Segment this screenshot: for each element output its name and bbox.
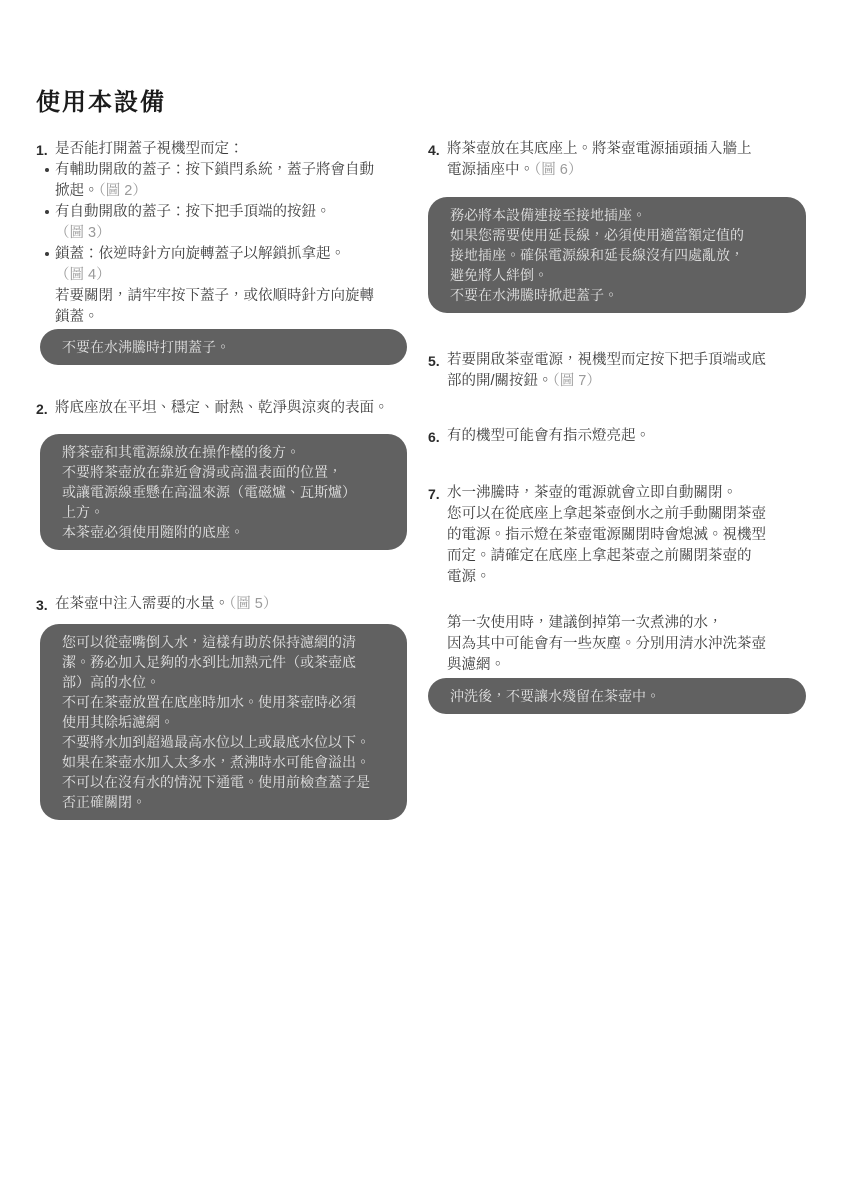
step-7-line: 電源。	[447, 567, 808, 588]
note-line: 否正確關閉。	[62, 792, 385, 812]
note-line: 不要將茶壺放在靠近會滑或高溫表面的位置，	[62, 462, 385, 482]
note-box-filling: 您可以從壺嘴倒入水，這樣有助於保持濾網的清 潔。務必加入足夠的水到比加熱元件（或…	[40, 624, 407, 820]
note-line: 使用其除垢濾網。	[62, 712, 385, 732]
step-6: 6. 有的機型可能會有指示燈亮起。	[428, 426, 808, 448]
note-line: 不要在水沸騰時打開蓋子。	[62, 337, 385, 357]
note-line: 上方。	[62, 502, 385, 522]
note-line: 如果在茶壺水加入太多水，煮沸時水可能會溢出。	[62, 752, 385, 772]
step-6-text: 有的機型可能會有指示燈亮起。	[447, 426, 808, 447]
note-line: 不可以在沒有水的情況下通電。使用前檢查蓋子是	[62, 772, 385, 792]
note-line: 務必將本設備連接至接地插座。	[450, 205, 784, 225]
step-7: 7. 水一沸騰時，茶壺的電源就會立即自動關閉。 您可以在從底座上拿起茶壺倒水之前…	[428, 483, 808, 588]
paragraph-line: 因為其中可能會有一些灰塵。分別用清水沖洗茶壺	[447, 634, 808, 655]
step-3-text-main: 在茶壺中注入需要的水量。	[55, 596, 229, 612]
step-7-line: 的電源。指示燈在茶壺電源關閉時會熄滅。視機型	[447, 525, 808, 546]
note-line: 或讓電源線垂懸在高溫來源（電磁爐、瓦斯爐）	[62, 482, 385, 502]
step-4-line: 電源插座中。（圖 6）	[447, 160, 808, 181]
figure-ref-5: （圖 5）	[229, 596, 277, 612]
step-2-number: 2.	[36, 398, 55, 420]
bullet-item: 鎖蓋：依逆時針方向旋轉蓋子以解鎖抓拿起。	[55, 244, 414, 265]
note-line: 沖洗後，不要讓水殘留在茶壺中。	[450, 686, 784, 706]
first-use-paragraph: 第一次使用時，建議倒掉第一次煮沸的水， 因為其中可能會有一些灰塵。分別用清水沖洗…	[428, 613, 808, 676]
step-3: 3. 在茶壺中注入需要的水量。（圖 5）	[36, 594, 414, 616]
note-line: 部）高的水位。	[62, 672, 385, 692]
figure-ref-2: （圖 2）	[99, 183, 147, 199]
figure-ref-6: （圖 6）	[534, 162, 582, 178]
note-line: 您可以從壺嘴倒入水，這樣有助於保持濾網的清	[62, 632, 385, 652]
note-box-boiling: 不要在水沸騰時打開蓋子。	[40, 329, 407, 365]
note-box-rinsing: 沖洗後，不要讓水殘留在茶壺中。	[428, 678, 806, 714]
step-2: 2. 將底座放在平坦、穩定、耐熱、乾淨與涼爽的表面。	[36, 398, 414, 420]
note-box-placement: 將茶壺和其電源線放在操作檯的後方。 不要將茶壺放在靠近會滑或高溫表面的位置， 或…	[40, 434, 407, 550]
note-line: 接地插座。確保電源線和延長線沒有四處亂放，	[450, 245, 784, 265]
paragraph-line: 第一次使用時，建議倒掉第一次煮沸的水，	[447, 613, 808, 634]
note-line: 本茶壺必須使用隨附的底座。	[62, 522, 385, 542]
step-1-body: 是否能打開蓋子視機型而定： 有輔助開啟的蓋子：按下鎖閂系統，蓋子將會自動 掀起。…	[55, 139, 414, 328]
note-line: 將茶壺和其電源線放在操作檯的後方。	[62, 442, 385, 462]
note-line: 避免將人絆倒。	[450, 265, 784, 285]
step-4: 4. 將茶壺放在其底座上。將茶壺電源插頭插入牆上 電源插座中。（圖 6）	[428, 139, 808, 181]
figure-ref-3: （圖 3）	[55, 223, 414, 244]
step-1-note-line: 若要關閉，請牢牢按下蓋子，或依順時針方向旋轉	[55, 286, 414, 307]
step-3-number: 3.	[36, 594, 55, 616]
step-1-number: 1.	[36, 139, 55, 161]
step-4-line: 將茶壺放在其底座上。將茶壺電源插頭插入牆上	[447, 139, 808, 160]
bullet-item: 有輔助開啟的蓋子：按下鎖閂系統，蓋子將會自動	[55, 160, 414, 181]
step-5-line: 若要開啟茶壺電源，視機型而定按下把手頂端或底	[447, 350, 808, 371]
step-7-line: 水一沸騰時，茶壺的電源就會立即自動關閉。	[447, 483, 808, 504]
column-left: 1. 是否能打開蓋子視機型而定： 有輔助開啟的蓋子：按下鎖閂系統，蓋子將會自動 …	[36, 139, 414, 820]
step-3-text: 在茶壺中注入需要的水量。（圖 5）	[55, 594, 414, 615]
step-5-text: 部的開/關按鈕。	[447, 373, 553, 389]
step-6-number: 6.	[428, 426, 447, 448]
step-7-line: 您可以在從底座上拿起茶壺倒水之前手動關閉茶壺	[447, 504, 808, 525]
step-5-line: 部的開/關按鈕。（圖 7）	[447, 371, 808, 392]
bullet-item: 有自動開啟的蓋子：按下把手頂端的按鈕。	[55, 202, 414, 223]
figure-ref-7: （圖 7）	[553, 373, 601, 389]
step-4-number: 4.	[428, 139, 447, 161]
column-right: 4. 將茶壺放在其底座上。將茶壺電源插頭插入牆上 電源插座中。（圖 6） 務必將…	[428, 139, 808, 714]
note-line: 如果您需要使用延長線，必須使用適當額定值的	[450, 225, 784, 245]
bullet-text: 掀起。	[55, 183, 99, 199]
bullet-item-continuation: 掀起。（圖 2）	[55, 181, 414, 202]
step-1: 1. 是否能打開蓋子視機型而定： 有輔助開啟的蓋子：按下鎖閂系統，蓋子將會自動 …	[36, 139, 414, 328]
figure-ref-4: （圖 4）	[55, 265, 414, 286]
step-7-line: 而定。請確定在底座上拿起茶壺之前關閉茶壺的	[447, 546, 808, 567]
note-box-grounding: 務必將本設備連接至接地插座。 如果您需要使用延長線，必須使用適當額定值的 接地插…	[428, 197, 806, 313]
paragraph-line: 與濾網。	[447, 655, 808, 676]
manual-page: 使用本設備 1. 是否能打開蓋子視機型而定： 有輔助開啟的蓋子：按下鎖閂系統，蓋…	[0, 0, 842, 1191]
note-line: 不要將水加到超過最高水位以上或最底水位以下。	[62, 732, 385, 752]
step-1-note-line: 鎖蓋。	[55, 307, 414, 328]
note-line: 潔。務必加入足夠的水到比加熱元件（或茶壺底	[62, 652, 385, 672]
step-4-text: 電源插座中。	[447, 162, 534, 178]
note-line: 不要在水沸騰時掀起蓋子。	[450, 285, 784, 305]
step-5-number: 5.	[428, 350, 447, 372]
page-title: 使用本設備	[36, 82, 166, 117]
note-line: 不可在茶壺放置在底座時加水。使用茶壺時必須	[62, 692, 385, 712]
step-7-number: 7.	[428, 483, 447, 505]
step-1-intro: 是否能打開蓋子視機型而定：	[55, 139, 414, 160]
step-5: 5. 若要開啟茶壺電源，視機型而定按下把手頂端或底 部的開/關按鈕。（圖 7）	[428, 350, 808, 392]
step-2-text: 將底座放在平坦、穩定、耐熱、乾淨與涼爽的表面。	[55, 398, 414, 419]
